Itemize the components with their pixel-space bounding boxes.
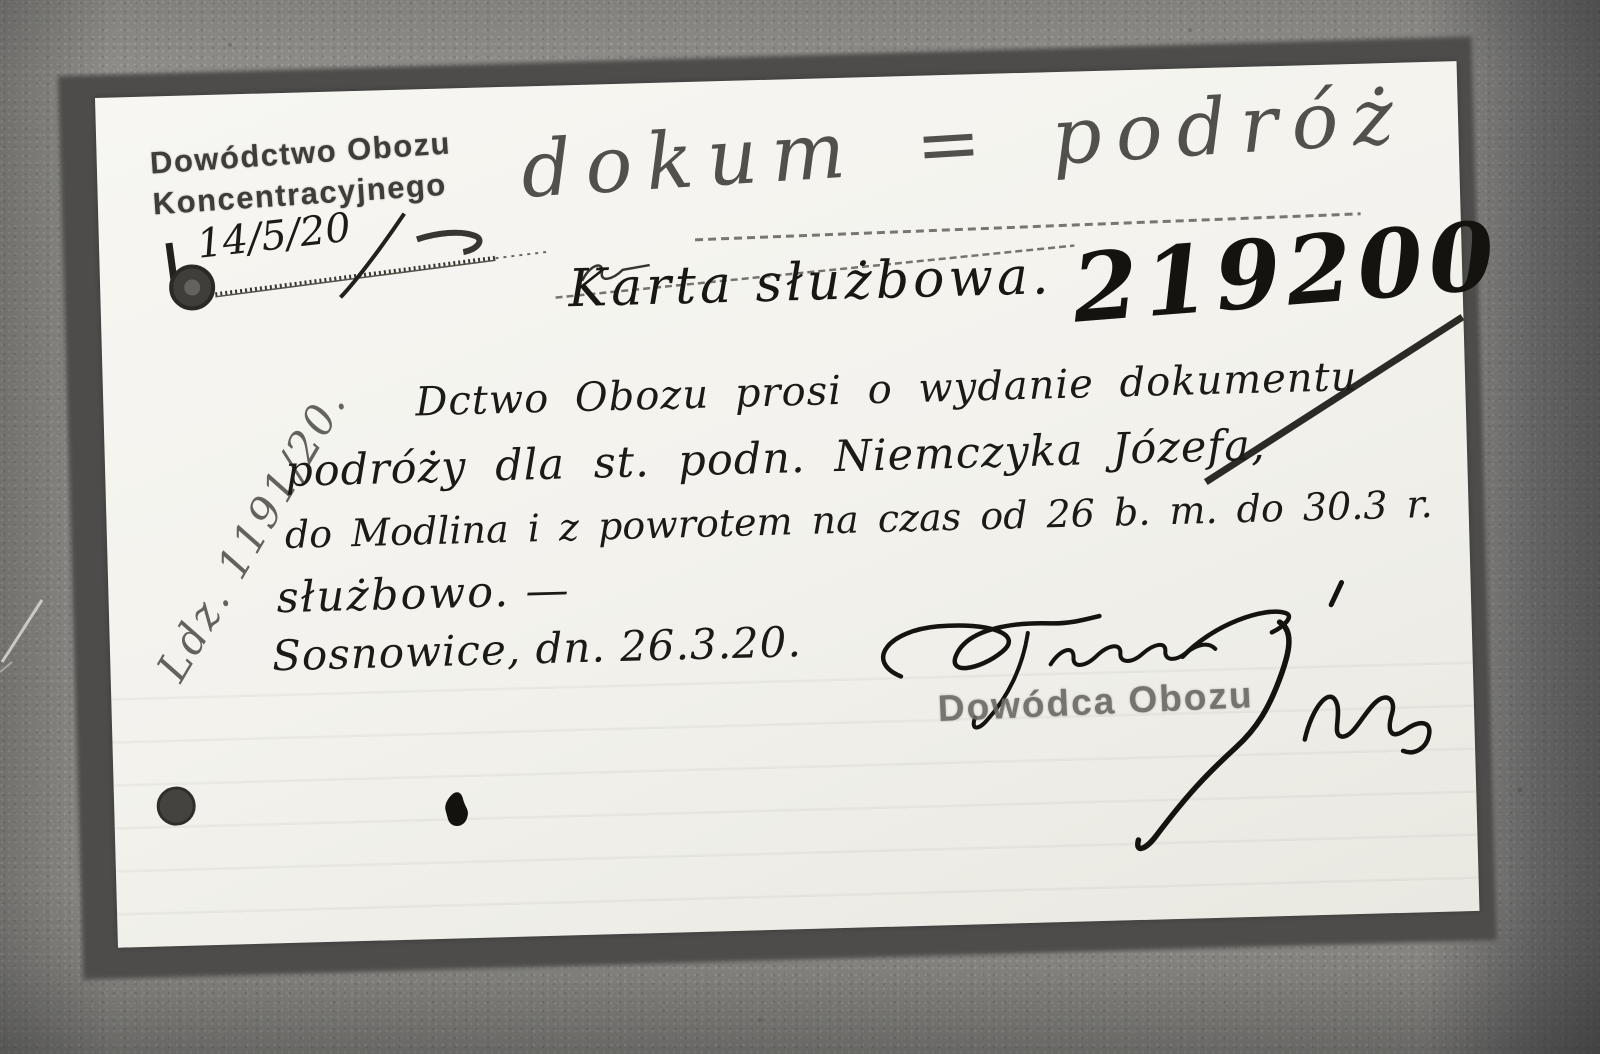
hole-punch-top — [171, 266, 214, 309]
coil-line — [215, 258, 497, 295]
hole-punch-bottom — [158, 788, 195, 825]
ink-blot — [445, 792, 469, 826]
body-line-4: służbowo. — — [276, 565, 571, 623]
photo-background: Dowódctwo Obozu Koncentracyjnego 14/5/20… — [0, 0, 1600, 1054]
document-card: Dowódctwo Obozu Koncentracyjnego 14/5/20… — [95, 61, 1479, 948]
